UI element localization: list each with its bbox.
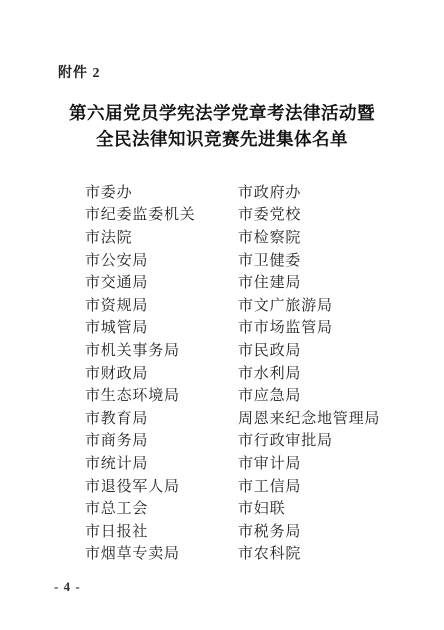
org-name: 市总工会: [85, 497, 238, 518]
list-row: 市财政局 市水利局: [85, 361, 395, 384]
organization-list: 市委办 市政府办 市纪委监委机关 市委党校 市法院 市检察院 市公安局 市卫健委…: [85, 180, 395, 564]
org-name: 市工信局: [238, 475, 395, 496]
list-row: 市生态环境局 市应急局: [85, 383, 395, 406]
document-page: 附件 2 第六届党员学宪法学党章考法律活动暨 全民法律知识竞赛先进集体名单 市委…: [0, 0, 444, 630]
list-row: 市统计局 市审计局: [85, 451, 395, 474]
org-name: 市行政审批局: [238, 429, 395, 450]
org-name: 市退役军人局: [85, 475, 238, 496]
list-row: 市交通局 市住建局: [85, 270, 395, 293]
list-row: 市委办 市政府办: [85, 180, 395, 203]
list-row: 市资规局 市文广旅游局: [85, 293, 395, 316]
org-name: 市城管局: [85, 316, 238, 337]
org-name: 市审计局: [238, 452, 395, 473]
list-row: 市烟草专卖局 市农科院: [85, 542, 395, 565]
page-number: - 4 -: [54, 579, 81, 595]
org-name: 市委办: [85, 181, 238, 202]
org-name: 市教育局: [85, 407, 238, 428]
list-row: 市公安局 市卫健委: [85, 248, 395, 271]
org-name: 市政府办: [238, 181, 395, 202]
org-name: 市公安局: [85, 249, 238, 270]
org-name: 市财政局: [85, 362, 238, 383]
document-title-line1: 第六届党员学宪法学党章考法律活动暨: [0, 101, 444, 127]
list-row: 市日报社 市税务局: [85, 519, 395, 542]
document-title-line2: 全民法律知识竞赛先进集体名单: [0, 127, 444, 153]
org-name: 市统计局: [85, 452, 238, 473]
document-title: 第六届党员学宪法学党章考法律活动暨 全民法律知识竞赛先进集体名单: [0, 101, 444, 152]
org-name: 市商务局: [85, 429, 238, 450]
org-name: 市日报社: [85, 520, 238, 541]
org-name: 市卫健委: [238, 249, 395, 270]
org-name: 市资规局: [85, 294, 238, 315]
org-name: 市交通局: [85, 271, 238, 292]
org-name: 市妇联: [238, 497, 395, 518]
list-row: 市总工会 市妇联: [85, 496, 395, 519]
org-name: 市烟草专卖局: [85, 542, 238, 563]
attachment-label: 附件 2: [58, 62, 101, 82]
org-name: 市法院: [85, 226, 238, 247]
org-name: 市委党校: [238, 203, 395, 224]
list-row: 市城管局 市市场监管局: [85, 316, 395, 339]
org-name: 市税务局: [238, 520, 395, 541]
org-name: 市水利局: [238, 362, 395, 383]
list-row: 市机关事务局 市民政局: [85, 338, 395, 361]
org-name: 市生态环境局: [85, 384, 238, 405]
list-row: 市退役军人局 市工信局: [85, 474, 395, 497]
list-row: 市纪委监委机关 市委党校: [85, 203, 395, 226]
org-name: 市市场监管局: [238, 316, 395, 337]
list-row: 市商务局 市行政审批局: [85, 429, 395, 452]
org-name: 市民政局: [238, 339, 395, 360]
org-name: 市纪委监委机关: [85, 203, 238, 224]
org-name: 市住建局: [238, 271, 395, 292]
list-row: 市教育局 周恩来纪念地管理局: [85, 406, 395, 429]
org-name: 周恩来纪念地管理局: [238, 407, 395, 428]
org-name: 市应急局: [238, 384, 395, 405]
list-row: 市法院 市检察院: [85, 225, 395, 248]
org-name: 市农科院: [238, 542, 395, 563]
org-name: 市机关事务局: [85, 339, 238, 360]
org-name: 市文广旅游局: [238, 294, 395, 315]
org-name: 市检察院: [238, 226, 395, 247]
